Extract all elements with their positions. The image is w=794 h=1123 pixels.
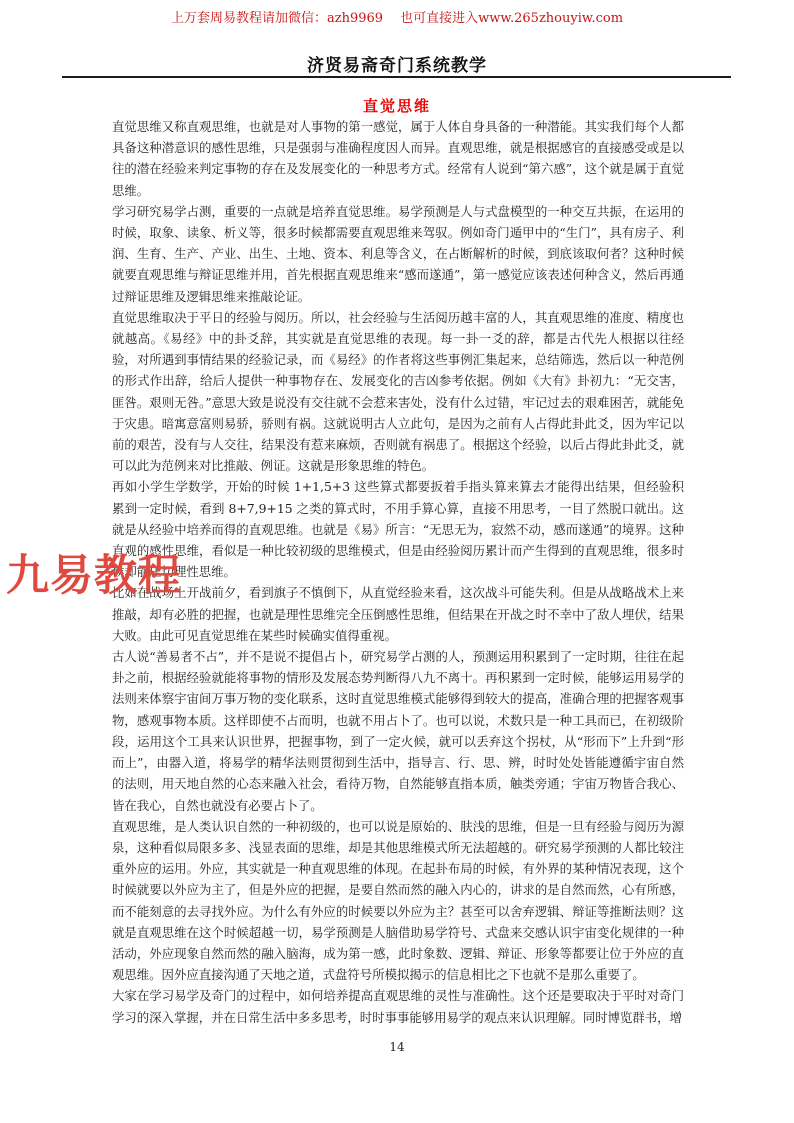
watermark-text: 九易教程 — [6, 542, 182, 603]
title-divider — [62, 76, 731, 78]
page-number: 14 — [0, 1040, 794, 1054]
document-title: 济贤易斋奇门系统教学 — [0, 51, 794, 76]
body-text: 直觉思维又称直观思维，也就是对人事物的第一感觉，属于人体自身具备的一种潜能。其实… — [112, 116, 684, 1028]
body-paragraph: 学习研究易学占测，重要的一点就是培养直觉思维。易学预测是人与式盘模型的一种交互共… — [112, 201, 684, 307]
document-page: 上万套周易教程请加微信：azh9969 也可直接进入www.265zhouyiw… — [0, 0, 794, 1123]
body-paragraph: 直觉思维取决于平日的经验与阅历。所以，社会经验与生活阅历越丰富的人，其直观思维的… — [112, 307, 684, 477]
body-paragraph: 古人说“善易者不占”，并不是说不提倡占卜，研究易学占测的人，预测运用积累到了一定… — [112, 646, 684, 816]
body-paragraph: 比如在战场上开战前夕，看到旗子不慎倒下，从直觉经验来看，这次战斗可能失利。但是从… — [112, 582, 684, 646]
body-paragraph: 大家在学习易学及奇门的过程中，如何培养提高直观思维的灵性与准确性。这个还是要取决… — [112, 985, 684, 1027]
body-paragraph: 再如小学生学数学，开始的时候 1+1,5+3 这些算式都要扳着手指头算来算去才能… — [112, 476, 684, 582]
header-promo-text: 上万套周易教程请加微信：azh9969 也可直接进入www.265zhouyiw… — [0, 7, 794, 26]
body-paragraph: 直观思维，是人类认识自然的一种初级的，也可以说是原始的、肤浅的思维，但是一旦有经… — [112, 816, 684, 986]
body-paragraph: 直觉思维又称直观思维，也就是对人事物的第一感觉，属于人体自身具备的一种潜能。其实… — [112, 116, 684, 201]
section-heading: 直觉思维 — [0, 95, 794, 116]
